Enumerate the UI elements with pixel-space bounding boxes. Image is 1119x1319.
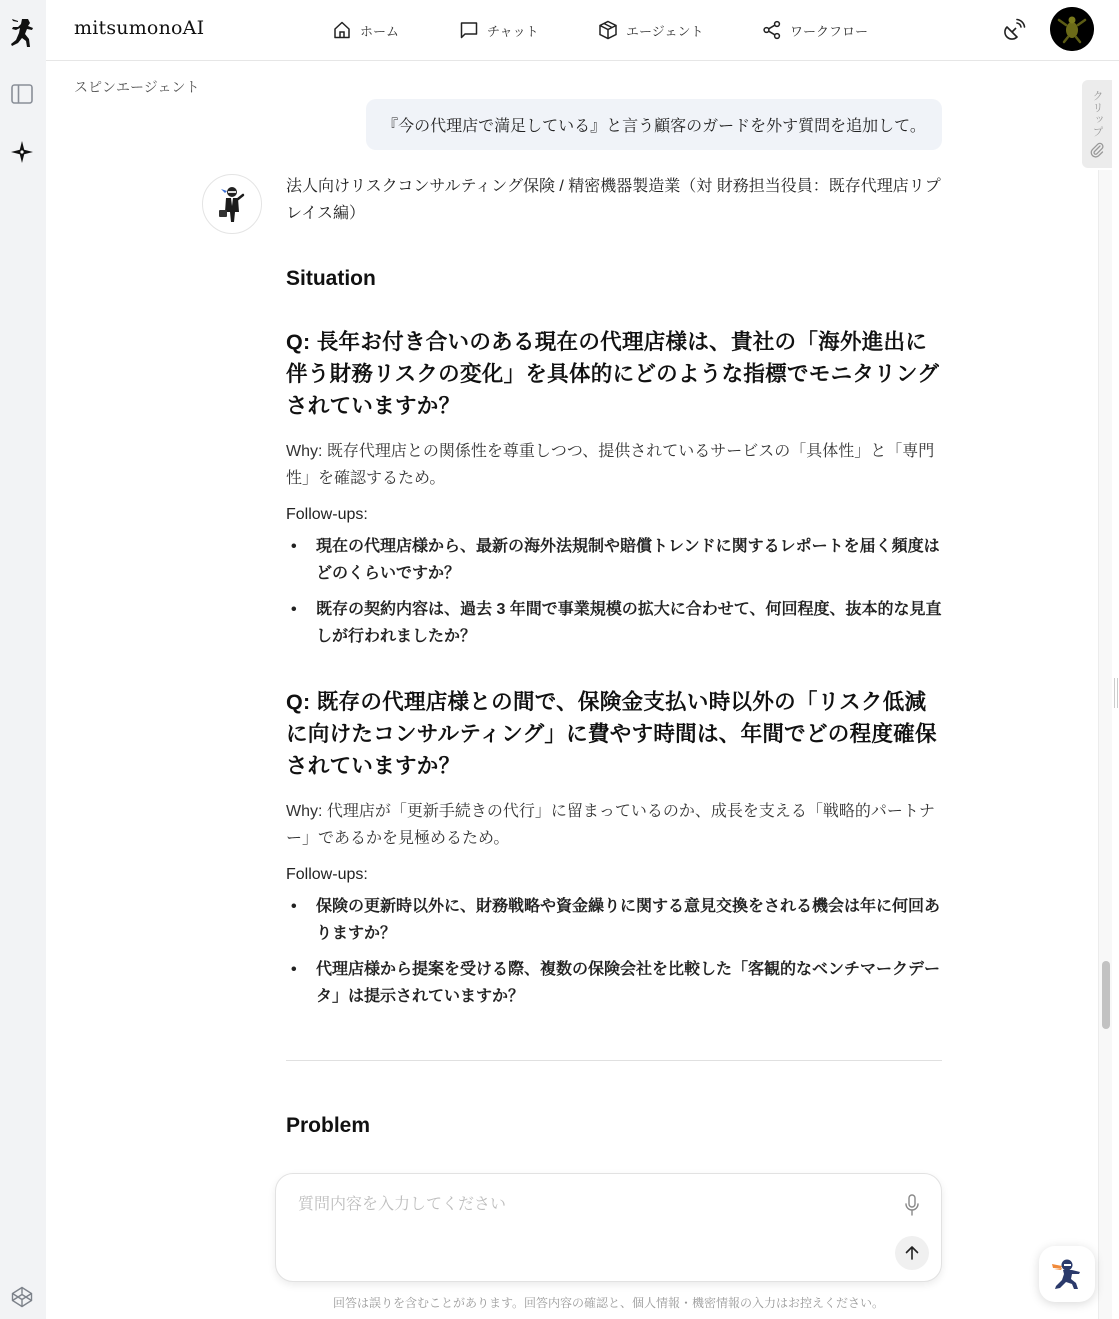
section-divider bbox=[286, 1060, 942, 1061]
sparkle-icon[interactable] bbox=[9, 139, 35, 165]
section-heading-problem: Problem bbox=[286, 1114, 942, 1138]
nav-item-home[interactable]: ホーム bbox=[332, 18, 399, 42]
brand-name[interactable]: mitsumonoAI bbox=[74, 17, 204, 39]
chat-icon bbox=[459, 20, 479, 40]
paperclip-icon bbox=[1090, 142, 1104, 158]
send-button[interactable] bbox=[895, 1236, 929, 1270]
home-icon bbox=[332, 20, 352, 40]
followup-item: 既存の契約内容は、過去 3 年間で事業規模の拡大に合わせて、何回程度、抜本的な見… bbox=[286, 596, 942, 650]
agent-avatar bbox=[202, 174, 262, 234]
assistant-fab[interactable] bbox=[1039, 1246, 1095, 1302]
question-heading: Q: 長年お付き合いのある現在の代理店様は、貴社の「海外進出に伴う財務リスクの変… bbox=[286, 326, 942, 422]
answer-intro: 法人向けリスクコンサルティング保険 / 精密機器製造業（対 財務担当役員：既存代… bbox=[286, 173, 942, 227]
nav-label: ワークフロー bbox=[790, 21, 868, 40]
clip-tab[interactable]: クリップ bbox=[1082, 80, 1112, 168]
followups-label: Follow-ups: bbox=[286, 506, 942, 524]
user-avatar[interactable] bbox=[1050, 7, 1094, 51]
left-rail bbox=[0, 0, 46, 1319]
microphone-icon[interactable] bbox=[900, 1192, 924, 1218]
arrow-up-icon bbox=[904, 1245, 920, 1261]
resize-grip[interactable] bbox=[1114, 678, 1118, 708]
followup-item: 代理店様から提案を受ける際、複数の保険会社を比較した「客観的なベンチマークデータ… bbox=[286, 956, 942, 1010]
top-header: mitsumonoAI ホーム チャット エージェント ワークフロー bbox=[46, 0, 1119, 61]
nav-label: ホーム bbox=[360, 21, 399, 40]
satellite-dish-icon[interactable] bbox=[1003, 17, 1027, 41]
followups-list: 現在の代理店様から、最新の海外法規制や賠償トレンドに関するレポートを届く頻度はど… bbox=[286, 533, 942, 650]
section-heading-situation: Situation bbox=[286, 267, 942, 291]
cube-icon bbox=[598, 20, 618, 40]
nav-item-chat[interactable]: チャット bbox=[459, 18, 539, 42]
user-message-bubble: 『今の代理店で満足している』と言う顧客のガードを外す質問を追加して。 bbox=[366, 99, 942, 150]
scrollbar-track[interactable] bbox=[1098, 170, 1112, 1319]
nav-label: エージェント bbox=[626, 21, 703, 40]
nav-item-workflow[interactable]: ワークフロー bbox=[762, 18, 868, 42]
question-heading: Q: 既存の代理店様との間で、保険金支払い時以外の「リスク低減に向けたコンサルテ… bbox=[286, 686, 942, 782]
ninja-logo-icon[interactable] bbox=[4, 14, 42, 54]
scrollbar-thumb[interactable] bbox=[1102, 961, 1110, 1029]
followup-item: 保険の更新時以外に、財務戦略や資金繰りに関する意見交換をされる機会は年に何回あり… bbox=[286, 893, 942, 947]
followup-item: 現在の代理店様から、最新の海外法規制や賠償トレンドに関するレポートを届く頻度はど… bbox=[286, 533, 942, 587]
question-why: Why: 既存代理店との関係性を尊重しつつ、提供されているサービスの「具体性」と… bbox=[286, 438, 942, 492]
agent-answer: 法人向けリスクコンサルティング保険 / 精密機器製造業（対 財務担当役員：既存代… bbox=[286, 173, 942, 1138]
disclaimer-text: 回答は誤りを含むことがあります。回答内容の確認と、個人情報・機密情報の入力はお控… bbox=[275, 1294, 942, 1311]
followups-list: 保険の更新時以外に、財務戦略や資金繰りに関する意見交換をされる機会は年に何回あり… bbox=[286, 893, 942, 1010]
share-icon bbox=[762, 20, 782, 40]
panel-toggle-icon[interactable] bbox=[10, 82, 34, 106]
clip-label: クリップ bbox=[1089, 90, 1105, 138]
ninja-mascot-icon bbox=[1048, 1256, 1086, 1292]
user-message-text: 『今の代理店で満足している』と言う顧客のガードを外す質問を追加して。 bbox=[382, 113, 926, 136]
codepen-cube-icon[interactable] bbox=[10, 1285, 34, 1309]
nav-item-agent[interactable]: エージェント bbox=[598, 18, 703, 42]
chat-composer bbox=[275, 1173, 942, 1282]
question-input[interactable] bbox=[298, 1192, 878, 1218]
breadcrumb: スピンエージェント bbox=[74, 77, 199, 97]
nav-label: チャット bbox=[487, 21, 539, 40]
question-why: Why: 代理店が「更新手続きの代行」に留まっているのか、成長を支える「戦略的パ… bbox=[286, 798, 942, 852]
followups-label: Follow-ups: bbox=[286, 866, 942, 884]
